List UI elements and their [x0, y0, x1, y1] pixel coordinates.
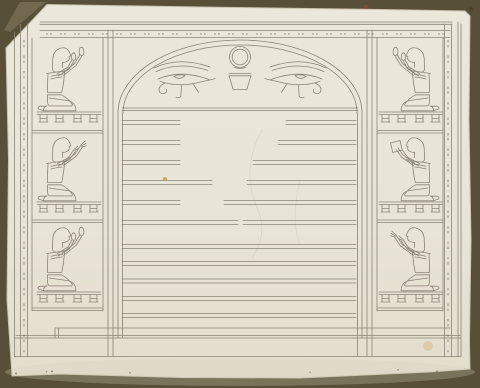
stain-corner-mark	[469, 7, 472, 10]
stain-tan-blotch	[423, 341, 433, 351]
paper-sheet	[6, 5, 471, 379]
stain-mustard-dot	[163, 177, 167, 181]
stain-rust	[364, 4, 368, 8]
stela-drawing-canvas	[0, 0, 480, 388]
paper-aging-shade	[5, 358, 475, 386]
scanned-drawing	[0, 0, 480, 388]
